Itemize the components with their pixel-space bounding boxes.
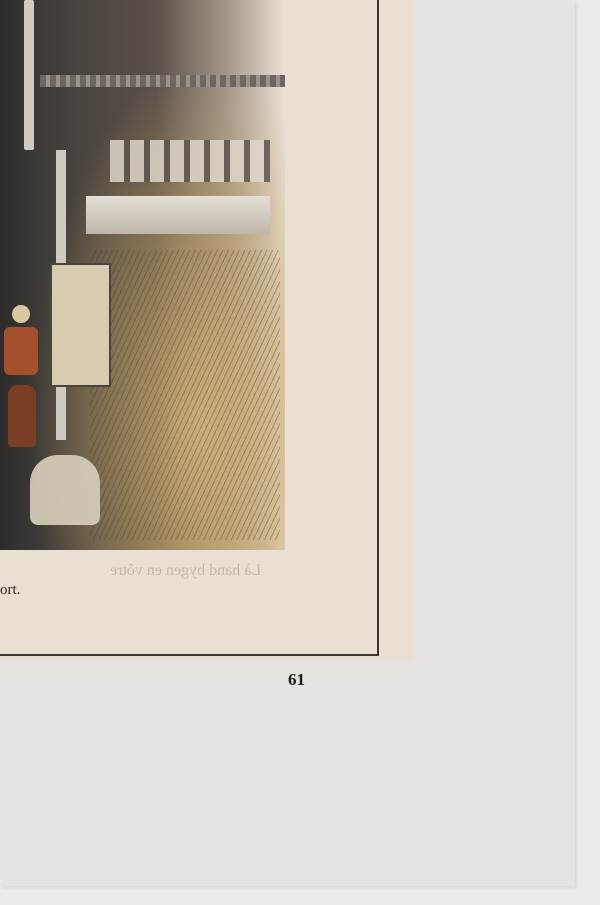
caption-fragment: ort. bbox=[0, 582, 20, 599]
etching-illustration bbox=[0, 0, 285, 550]
show-through-text: Là hand bygen en vôtre bbox=[110, 562, 261, 580]
carved-frieze bbox=[110, 140, 270, 182]
figure-head bbox=[12, 305, 30, 323]
posted-sign bbox=[50, 263, 111, 387]
drainpipe-upper bbox=[24, 0, 34, 150]
building-cornice bbox=[40, 75, 285, 87]
woman-figure bbox=[2, 305, 40, 455]
figure-skirt bbox=[8, 385, 36, 447]
wall-hatching bbox=[90, 250, 280, 540]
figure-bodice bbox=[4, 327, 38, 375]
print-page: Là hand bygen en vôtre ort. bbox=[0, 0, 412, 660]
border-line-bottom bbox=[0, 654, 379, 656]
border-line-right bbox=[377, 0, 379, 656]
stone-step bbox=[30, 455, 100, 525]
shop-awning bbox=[86, 196, 270, 234]
page-number: 61 bbox=[288, 670, 305, 690]
